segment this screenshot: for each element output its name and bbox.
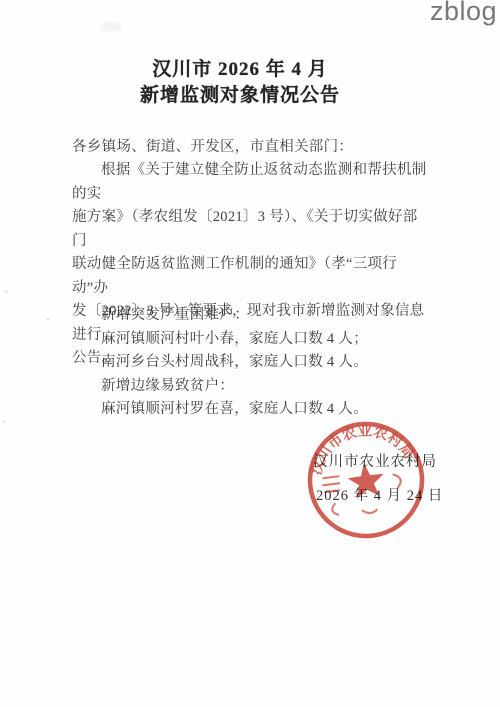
doc-title-line1: 汉川市 2026 年 4 月 — [0, 57, 480, 83]
scan-speck — [46, 318, 50, 321]
doc-title: 汉川市 2026 年 4 月 新增监测对象情况公告 — [0, 57, 480, 109]
scan-smudge — [100, 22, 122, 32]
seal-star-icon — [346, 461, 386, 500]
doc-title-line2: 新增监测对象情况公告 — [0, 83, 480, 109]
paragraph-line: 联动健全防返贫监测工作机制的通知》（孝“三项行动”办 — [72, 253, 428, 300]
paragraph-line: 施方案》（孝农组发〔2021〕3 号）、《关于切实做好部门 — [72, 206, 428, 253]
seal-arc-text: 汉川市农业农村局 — [302, 415, 419, 479]
list-item-category: 新增边缘易致贫户： — [72, 375, 428, 399]
paragraph-line: 根据《关于建立健全防止返贫动态监测和帮扶机制的实 — [72, 159, 428, 206]
monitoring-list: 新增突发严重困难户： 麻河镇顺河村叶小春，家庭人口数 4 人； 南河乡台头村周战… — [72, 304, 428, 422]
scan-speck — [4, 290, 8, 293]
salutation: 各乡镇场、街道、开发区，市直相关部门： — [72, 136, 428, 160]
scan-speck — [2, 420, 5, 423]
list-item-category: 新增突发严重困难户： — [72, 304, 428, 328]
svg-text:汉川市农业农村局: 汉川市农业农村局 — [302, 415, 419, 479]
zblog-watermark: zblog — [430, 0, 497, 27]
document-page: zblog 汉川市 2026 年 4 月 新增监测对象情况公告 各乡镇场、街道、… — [0, 0, 500, 707]
list-item-household: 南河乡台头村周战科，家庭人口数 4 人。 — [72, 351, 428, 375]
official-seal: 汉川市农业农村局 — [297, 411, 435, 549]
list-item-household: 麻河镇顺河村叶小春，家庭人口数 4 人； — [72, 328, 428, 352]
